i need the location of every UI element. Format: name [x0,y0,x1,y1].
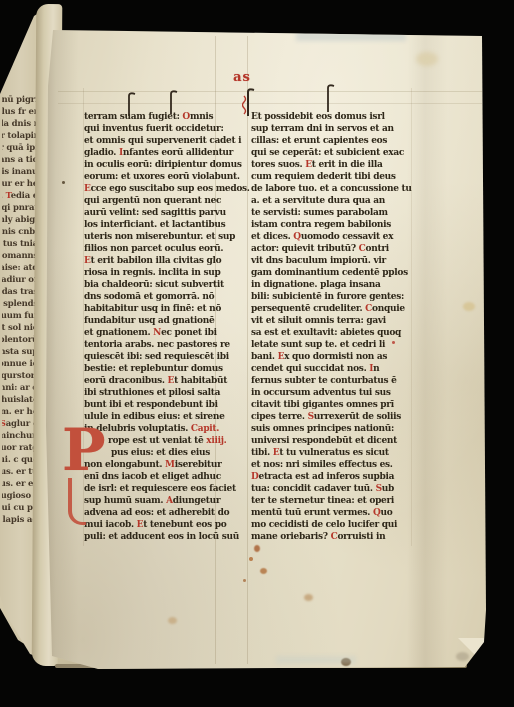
text-line: et omnis qui supervenerit cadet i [84,135,246,147]
manuscript-photo: anū pigrimolus fr erer ola dnis rur tola… [0,0,514,707]
body-text: rope est ut veniat tē [108,436,206,446]
text-line: anur er he [2,178,38,190]
body-text: in oculis eorū: diripientur domus [84,160,242,170]
body-text: cipes terre. [251,412,308,422]
rubric-text: A [166,496,173,506]
text-line: Er qurstori [2,370,38,382]
body-text: stans a tio [2,155,38,165]
text-line: rope est ut veniat tē xiiij. [84,435,246,447]
ascender-flourish [242,88,252,112]
ruling-line-horizontal [58,91,482,92]
text-line: ar quā ipi [2,142,38,154]
stain [392,341,395,344]
text-line: habitabitur usq in finē: et nō [84,303,246,315]
text-line: nadiur or [2,274,38,286]
text-line: ter te sternetur tinea: et operi [251,495,417,507]
body-text: t possidebit eos domus isrl [258,112,385,122]
text-line: puli: et adducent eos in locū suū [84,531,246,543]
body-text: nfantes eorū allidentur [123,148,233,158]
text-line: sa est et exultavit: abietes quoq [251,327,417,339]
body-text: n [373,364,379,374]
body-text: anū pigri [2,95,38,105]
body-text: quiescēt ibi: sed requiescēt ibi [84,352,229,362]
body-text: actor: quievit tributū? [251,244,359,254]
body-text: ibi struthiones et pilosi salta [84,388,220,398]
body-text: in occursum adventus tui sus [251,388,391,398]
stain [463,302,475,311]
body-text: terram suam fugiet: [84,112,182,122]
body-text: ter te sternetur tinea: et operi [251,496,394,506]
rubric-text: N [153,328,161,338]
body-text: nadiur or [2,275,38,285]
body-text: t erit babilon illa civitas glo [91,256,222,266]
body-text: vit et siluit omnis terra: gavi [251,316,386,326]
body-text: r qurstori [2,371,38,381]
text-line: cendet qui succidat nos. In [251,363,417,375]
text-line: mui iacob. Et tenebunt eos po [84,519,246,531]
text-line: qui se ceperāt: et subicient exac [251,147,417,159]
text-line: pus eius: et dies eius [84,447,246,459]
rubric-text: M [165,460,175,470]
body-text: er ola dnis r [2,119,38,129]
text-line: ur splends [2,298,38,310]
body-text: thomanns [2,251,38,261]
body-text: bili: subicientē in furore gentes: [251,292,404,302]
body-text: pus eius: et dies eius [111,448,210,458]
body-text: ur tolapir [2,131,38,141]
text-line: de isrl: et requiescere eos faciet [84,483,246,495]
body-text: t habitabūt [174,376,227,386]
text-line: ur splentorū [2,334,38,346]
body-text: los interficiant. et lactantibus [84,220,225,230]
body-text: tores suos. [251,160,305,170]
edge-sheen [296,32,406,41]
text-line: eorum: et uxores eorū violabunt. [84,171,246,183]
body-text: persequentē crudeliter. [251,304,365,314]
body-text: r connue iō [2,359,38,369]
body-text: x quo dormisti non as [284,352,387,362]
illuminated-initial: P [62,424,106,520]
text-line: et nos: nri similes effectus es. [251,459,417,471]
body-text: ec ponet ibi [161,328,217,338]
text-line: tua: concidit cadaver tuū. Sub [251,483,417,495]
text-line: in dignatione. plaga insana [251,279,417,291]
text-line: cillas: et erunt capientes eos [251,135,417,147]
text-line: r connue iō [2,358,38,370]
body-text: a. et a servitute dura qua an [251,196,385,206]
body-text: mentū tuū erunt vermes. [251,508,373,518]
body-text: edia e [11,191,38,201]
text-line: citavit tibi gigantes omnes prī [251,399,417,411]
body-text: te servisti: sumes parabolam [251,208,388,218]
body-text: filios non parcet oculus eorū. [84,244,223,254]
text-line: de labore tuo. et a concussione tu [251,183,417,195]
text-line: ur tolapir [2,130,38,142]
text-line: bia chaldeorū: sicut subvertit [84,279,246,291]
body-text: r sonsta sup [2,347,38,357]
text-line: dns sodomā et gomorrā. nō [84,291,246,303]
body-text: et omnis qui supervenerit cadet i [84,136,241,146]
rubric-text: Q [293,232,301,242]
text-line: bani. Ex quo dormisti non as [251,351,417,363]
text-line: Et erit babilon illa civitas glo [84,255,246,267]
body-text: onquie [372,304,405,314]
body-text: etracta est ad inferos supbia [259,472,395,482]
text-line: te servisti: sumes parabolam [251,207,417,219]
text-line: anū pigri [2,94,38,106]
body-text: iserebitur [175,460,222,470]
ruling-line-vertical [247,36,248,664]
text-line: bestie: et replebuntur domus [84,363,246,375]
body-text: ur tus tnia [2,239,38,249]
body-text: aurū velint: sed sagittis parvu [84,208,226,218]
body-text: ar quā ipi [2,143,38,153]
text-line: uteris non miserebuntur. et sup [84,231,246,243]
stain [243,579,246,582]
body-text: de isrl: et requiescere eos faciet [84,484,236,494]
text-line: actor: quievit tributū? Contri [251,243,417,255]
edge-sheen [276,656,356,664]
text-line: molus fr er [2,106,38,118]
stain [304,594,313,601]
body-text: cillas: et erunt capientes eos [251,136,387,146]
text-line: in delubris voluptatis. Capit. [84,423,246,435]
body-text: mo cecidisti de celo lucifer qui [251,520,397,530]
stain [249,557,253,561]
body-text: gladio. [84,148,119,158]
text-line: terram suam fugiet: Omnis [84,111,246,123]
text-line: ur qi pnrat [2,202,38,214]
body-text: uomodo cessavit ex [301,232,393,242]
body-text: ur qi pnrat [2,203,38,213]
text-line: cum requiem dederit tibi deus [251,171,417,183]
body-text: mui iacob. [84,520,137,530]
text-line: r sonsta sup [2,346,38,358]
text-line: sup terram dni in servos et an [251,123,417,135]
body-text: cum requiem dederit tibi deus [251,172,396,182]
text-line: er ola dnis r [2,118,38,130]
text-column-right: Et possidebit eos domus isrlsup terram d… [251,111,417,543]
body-text: sup terram dni in servos et an [251,124,394,134]
text-line: bili: subicientē in furore gentes: [251,291,417,303]
body-text: r onis inanu [2,167,38,177]
stain [260,568,267,574]
text-line: ur tus tnia [2,238,38,250]
text-line: raise: atq [2,262,38,274]
body-text: ifshni: ar q [2,383,38,393]
body-text: et nos: nri similes effectus es. [251,460,393,470]
text-line: sup humū suam. Adiungetur [84,495,246,507]
body-text: suis omnes principes nationū: [251,424,394,434]
text-line: enī dns iacob et eliget adhuc [84,471,246,483]
body-text: t tu vulneratus es sicut [279,448,388,458]
body-text: ur splends [2,299,38,309]
body-text: orruisti in [337,532,385,542]
body-text: sa est et exultavit: abietes quoq [251,328,401,338]
text-line: et dices. Quomodo cessavit ex [251,231,417,243]
text-line: eorū draconibus. Et habitabūt [84,375,246,387]
text-line: los interficiant. et lactantibus [84,219,246,231]
body-text: riosa in regnis. inclita in sup [84,268,220,278]
stain [62,181,65,184]
text-line: fernus subter te conturbatus ē [251,375,417,387]
rubric-text: O [182,112,190,122]
text-line: Detracta est ad inferos supbia [251,471,417,483]
body-text: bestie: et replebuntur domus [84,364,223,374]
body-text: molus fr er [2,107,38,117]
body-text: luum fur [2,311,38,321]
body-text: fundabitur usq ad gnationē [84,316,214,326]
text-line: a est sol niē [2,322,38,334]
body-text: ur dnis cnbi [2,227,38,237]
text-line: universi respondebūt et dicent [251,435,417,447]
body-text: bani. [251,352,278,362]
ascender-flourish [325,84,335,108]
text-line: bunt ibi et respondebunt ibi [84,399,246,411]
rubric-text: C [359,244,366,254]
body-text: tibi. [251,448,273,458]
text-line: filios non parcet oculus eorū. [84,243,246,255]
body-text: qui se ceperāt: et subicient exac [251,148,404,158]
body-text: citavit tibi gigantes omnes prī [251,400,394,410]
ruling-line-horizontal [58,103,482,104]
body-text: vit dns baculum impiorū. vir [251,256,386,266]
text-line: ibi struthiones et pilosi salta [84,387,246,399]
body-text: uteris non miserebuntur. et sup [84,232,235,242]
text-line: non elongabunt. Miserebitur [84,459,246,471]
text-line: aurū velint: sed sagittis parvu [84,207,246,219]
body-text: eorū draconibus. [84,376,168,386]
body-text: tua: concidit cadaver tuū. [251,484,376,494]
text-line: stans a tio [2,154,38,166]
body-text: bia chaldeorū: sicut subvertit [84,280,224,290]
body-text: gam dominantium cedentē pplos [251,268,408,278]
folio-mark: as [224,70,260,85]
text-line: r onis inanu [2,166,38,178]
body-text: et gnationem. [84,328,153,338]
body-text: t tenebunt eos po [143,520,226,530]
body-text: istam contra regem babilonis [251,220,391,230]
text-line: in occursum adventus tui sus [251,387,417,399]
folded-corner [458,638,484,664]
text-line: tibi. Et tu vulneratus es sicut [251,447,417,459]
rubric-text: xiiij. [206,436,226,446]
manuscript-page: as terram suam fugiet: Omnisqui inventus… [38,26,488,672]
body-text: tmly abigi [2,215,38,225]
body-text: mnis [190,112,213,122]
text-line: mo cecidisti de celo lucifer qui [251,519,417,531]
text-line: tmly abigi [2,214,38,226]
text-line: fundabitur usq ad gnationē [84,315,246,327]
body-text: ub [382,484,394,494]
stain [168,617,177,624]
body-text: puli: et adducent eos in locū suū [84,532,239,542]
body-text: et dices. [251,232,293,242]
body-text: fernus subter te conturbatus ē [251,376,397,386]
body-text: rnidas tras [2,287,38,297]
body-text: in dignatione. plaga insana [251,280,381,290]
body-text: a est sol niē [2,323,38,333]
text-line: ur dnis cnbi [2,226,38,238]
stain [254,545,260,552]
text-line: ulule in edibus eius: et sirene [84,411,246,423]
body-text: cendet qui succidat nos. [251,364,369,374]
body-text: eorum: et uxores eorū violabunt. [84,172,240,182]
body-text: qui argentū non querant nec [84,196,221,206]
text-line: rnidas tras [2,286,38,298]
body-text: letate sunt sup te. et cedri li [251,340,385,350]
text-line: advena ad eos: et adherebit do [84,507,246,519]
body-text: anur er he [2,179,38,189]
text-line: Ecce ego suscitabo sup eos medos. [84,183,246,195]
body-text: t erit in die illa [312,160,383,170]
body-text: urrexerūt de soliis [314,412,401,422]
text-line: persequentē crudeliter. Conquie [251,303,417,315]
text-column-left: terram suam fugiet: Omnisqui inventus fu… [84,111,246,543]
text-line: istam contra regem babilonis [251,219,417,231]
text-line: luum fur [2,310,38,322]
body-text: diungetur [173,496,221,506]
body-text: tentoria arabs. nec pastores re [84,340,230,350]
stain [416,52,438,66]
text-line: quiescēt ibi: sed requiescēt ibi [84,351,246,363]
text-line: tores suos. Et erit in die illa [251,159,417,171]
text-line: tentoria arabs. nec pastores re [84,339,246,351]
rubric-text: Capit. [191,424,219,434]
text-line: Et possidebit eos domus isrl [251,111,417,123]
body-text: cce ego suscitabo sup eos medos. [91,184,250,194]
text-line: thomanns [2,250,38,262]
text-line: riosa in regnis. inclita in sup [84,267,246,279]
text-line: mentū tuū erunt vermes. Quo [251,507,417,519]
text-line: in oculis eorū: diripientur domus [84,159,246,171]
body-text: raise: atq [2,263,38,273]
text-line: mane oriebaris? Corruisti in [251,531,417,543]
body-text: bunt ibi et respondebunt ibi [84,400,218,410]
body-text: ur splentorū [2,335,38,345]
text-line: ni. Tedia e [2,190,38,202]
text-line: cipes terre. Surrexerūt de soliis [251,411,417,423]
body-text: uo [380,508,392,518]
body-text: ontri [366,244,389,254]
text-line: gam dominantium cedentē pplos [251,267,417,279]
text-line: gladio. Infantes eorū allidentur [84,147,246,159]
body-text: de labore tuo. et a concussione tu [251,184,412,194]
body-text: mane oriebaris? [251,532,331,542]
text-line: suis omnes principes nationū: [251,423,417,435]
text-line: qui inventus fuerit occidetur: [84,123,246,135]
body-text: qui inventus fuerit occidetur: [84,124,224,134]
text-line: vit dns baculum impiorū. vir [251,255,417,267]
rubric-text: D [251,472,259,482]
text-line: vit et siluit omnis terra: gavi [251,315,417,327]
text-line: et gnationem. Nec ponet ibi [84,327,246,339]
body-text: universi respondebūt et dicent [251,436,397,446]
body-text: habitabitur usq in finē: et nō [84,304,221,314]
body-text: dns sodomā et gomorrā. nō [84,292,214,302]
text-line: qui argentū non querant nec [84,195,246,207]
text-line: a. et a servitute dura qua an [251,195,417,207]
